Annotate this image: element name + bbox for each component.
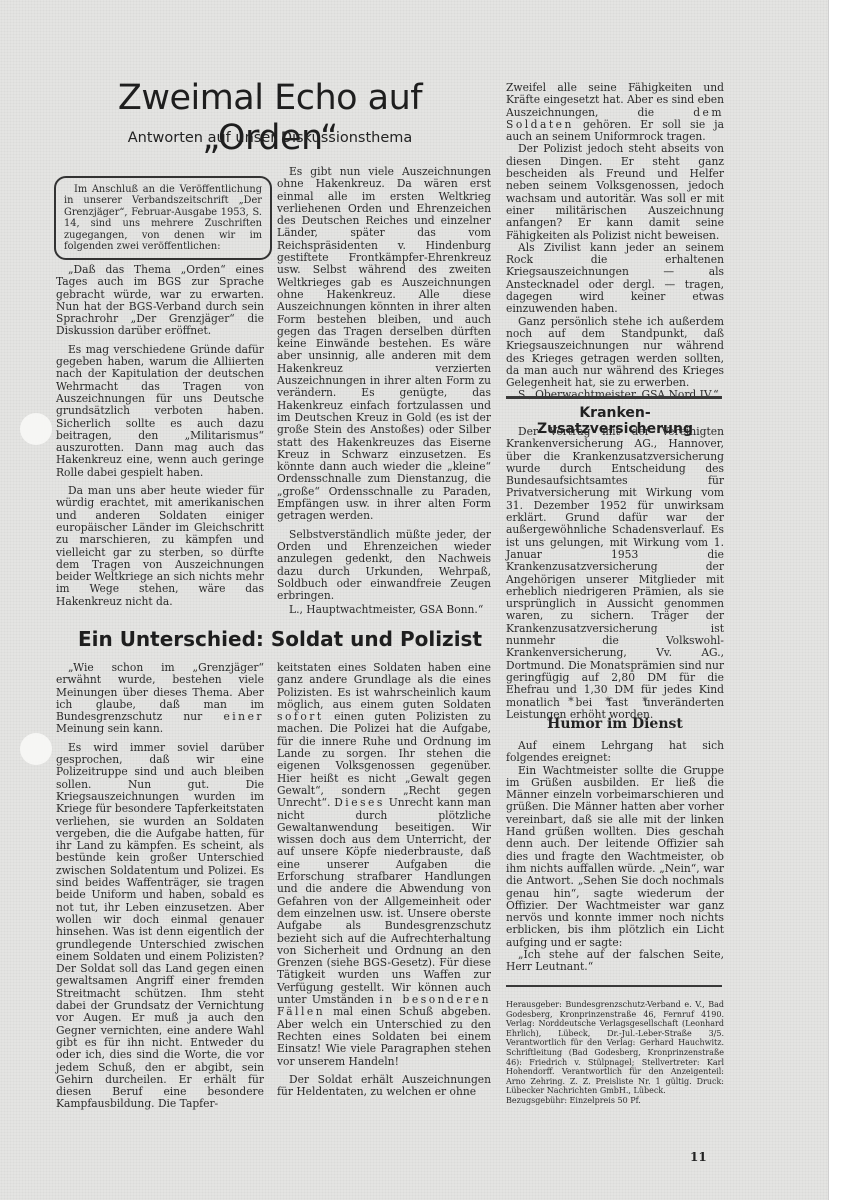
paragraph: Selbstverständlich müßte jeder, der Orde… — [277, 529, 491, 603]
paragraph: Der Soldat erhält Auszeichnungen für Hel… — [277, 1074, 491, 1099]
paragraph: „Wie schon im „Grenzjäger“ erwähnt wurde… — [56, 662, 264, 736]
punch-hole — [20, 413, 52, 445]
paragraph: Der Polizist jedoch steht abseits von di… — [506, 143, 724, 241]
punch-hole — [20, 733, 52, 765]
paragraph: Es mag verschiedene Gründe dafür gegeben… — [56, 344, 264, 479]
page-number: 11 — [690, 1150, 707, 1164]
paragraph: Da man uns aber heute wieder für würdig … — [56, 485, 264, 608]
article-title-humor: Humor im Dienst — [506, 716, 724, 732]
article-subtitle: Antworten auf unser Diskussionsthema — [60, 130, 480, 146]
asterism-separator: * * * — [506, 695, 724, 708]
article3-body: Der Vertrag mit der Vereinigten Krankenv… — [506, 426, 724, 727]
paragraph: „Daß das Thema „Orden“ eines Tages auch … — [56, 264, 264, 338]
signature: L., Hauptwachtmeister, GSA Bonn.“ — [277, 604, 491, 616]
paragraph: Ganz persönlich stehe ich außerdem noch … — [506, 316, 724, 390]
article1-column-1: „Daß das Thema „Orden“ eines Tages auch … — [56, 264, 264, 614]
article4-body: Auf einem Lehrgang hat sich folgendes er… — [506, 740, 724, 980]
article-title-orden: Zweimal Echo auf „Orden“ — [60, 78, 480, 158]
article2-column-2: keitstaten eines Soldaten haben eine gan… — [277, 662, 491, 1104]
imprint-divider — [506, 985, 722, 987]
section-divider — [506, 396, 722, 399]
emphasis-spaced: sofort — [277, 710, 324, 723]
paragraph: Es gibt nun viele Auszeichnungen ohne Ha… — [277, 166, 491, 523]
emphasis-spaced: einer — [223, 710, 264, 723]
intro-text: Im Anschluß an die Veröffentlichung in u… — [64, 184, 262, 252]
paragraph: Zweifel alle seine Fähigkeiten und Kräft… — [506, 82, 724, 143]
editorial-intro-box: Im Anschluß an die Veröffentlichung in u… — [54, 176, 272, 260]
paragraph: keitstaten eines Soldaten haben eine gan… — [277, 662, 491, 1068]
paragraph: Der Vertrag mit der Vereinigten Krankenv… — [506, 426, 724, 721]
price-text: Bezugsgebühr: Einzelpreis 50 Pf. — [506, 1096, 724, 1106]
paragraph: Als Zivilist kann jeder an seinem Rock d… — [506, 242, 724, 316]
newspaper-page: Zweimal Echo auf „Orden“ Antworten auf u… — [0, 0, 829, 1200]
paragraph: „Ich stehe auf der falschen Seite, Herr … — [506, 949, 724, 974]
paragraph: Ein Wachtmeister sollte die Gruppe im Gr… — [506, 765, 724, 949]
emphasis-spaced: Dieses — [334, 796, 385, 809]
paragraph: Auf einem Lehrgang hat sich folgendes er… — [506, 740, 724, 765]
article2-column-1: „Wie schon im „Grenzjäger“ erwähnt wurde… — [56, 662, 264, 1117]
imprint-text: Herausgeber: Bundesgrenzschutz-Verband e… — [506, 1000, 724, 1096]
article2-column-3: Zweifel alle seine Fähigkeiten und Kräft… — [506, 82, 724, 402]
paragraph: Es wird immer soviel darüber gesprochen,… — [56, 742, 264, 1111]
article1-column-2: Es gibt nun viele Auszeichnungen ohne Ha… — [277, 166, 491, 617]
article-title-unterschied: Ein Unterschied: Soldat und Polizist — [60, 627, 500, 651]
imprint: Herausgeber: Bundesgrenzschutz-Verband e… — [506, 1000, 724, 1106]
